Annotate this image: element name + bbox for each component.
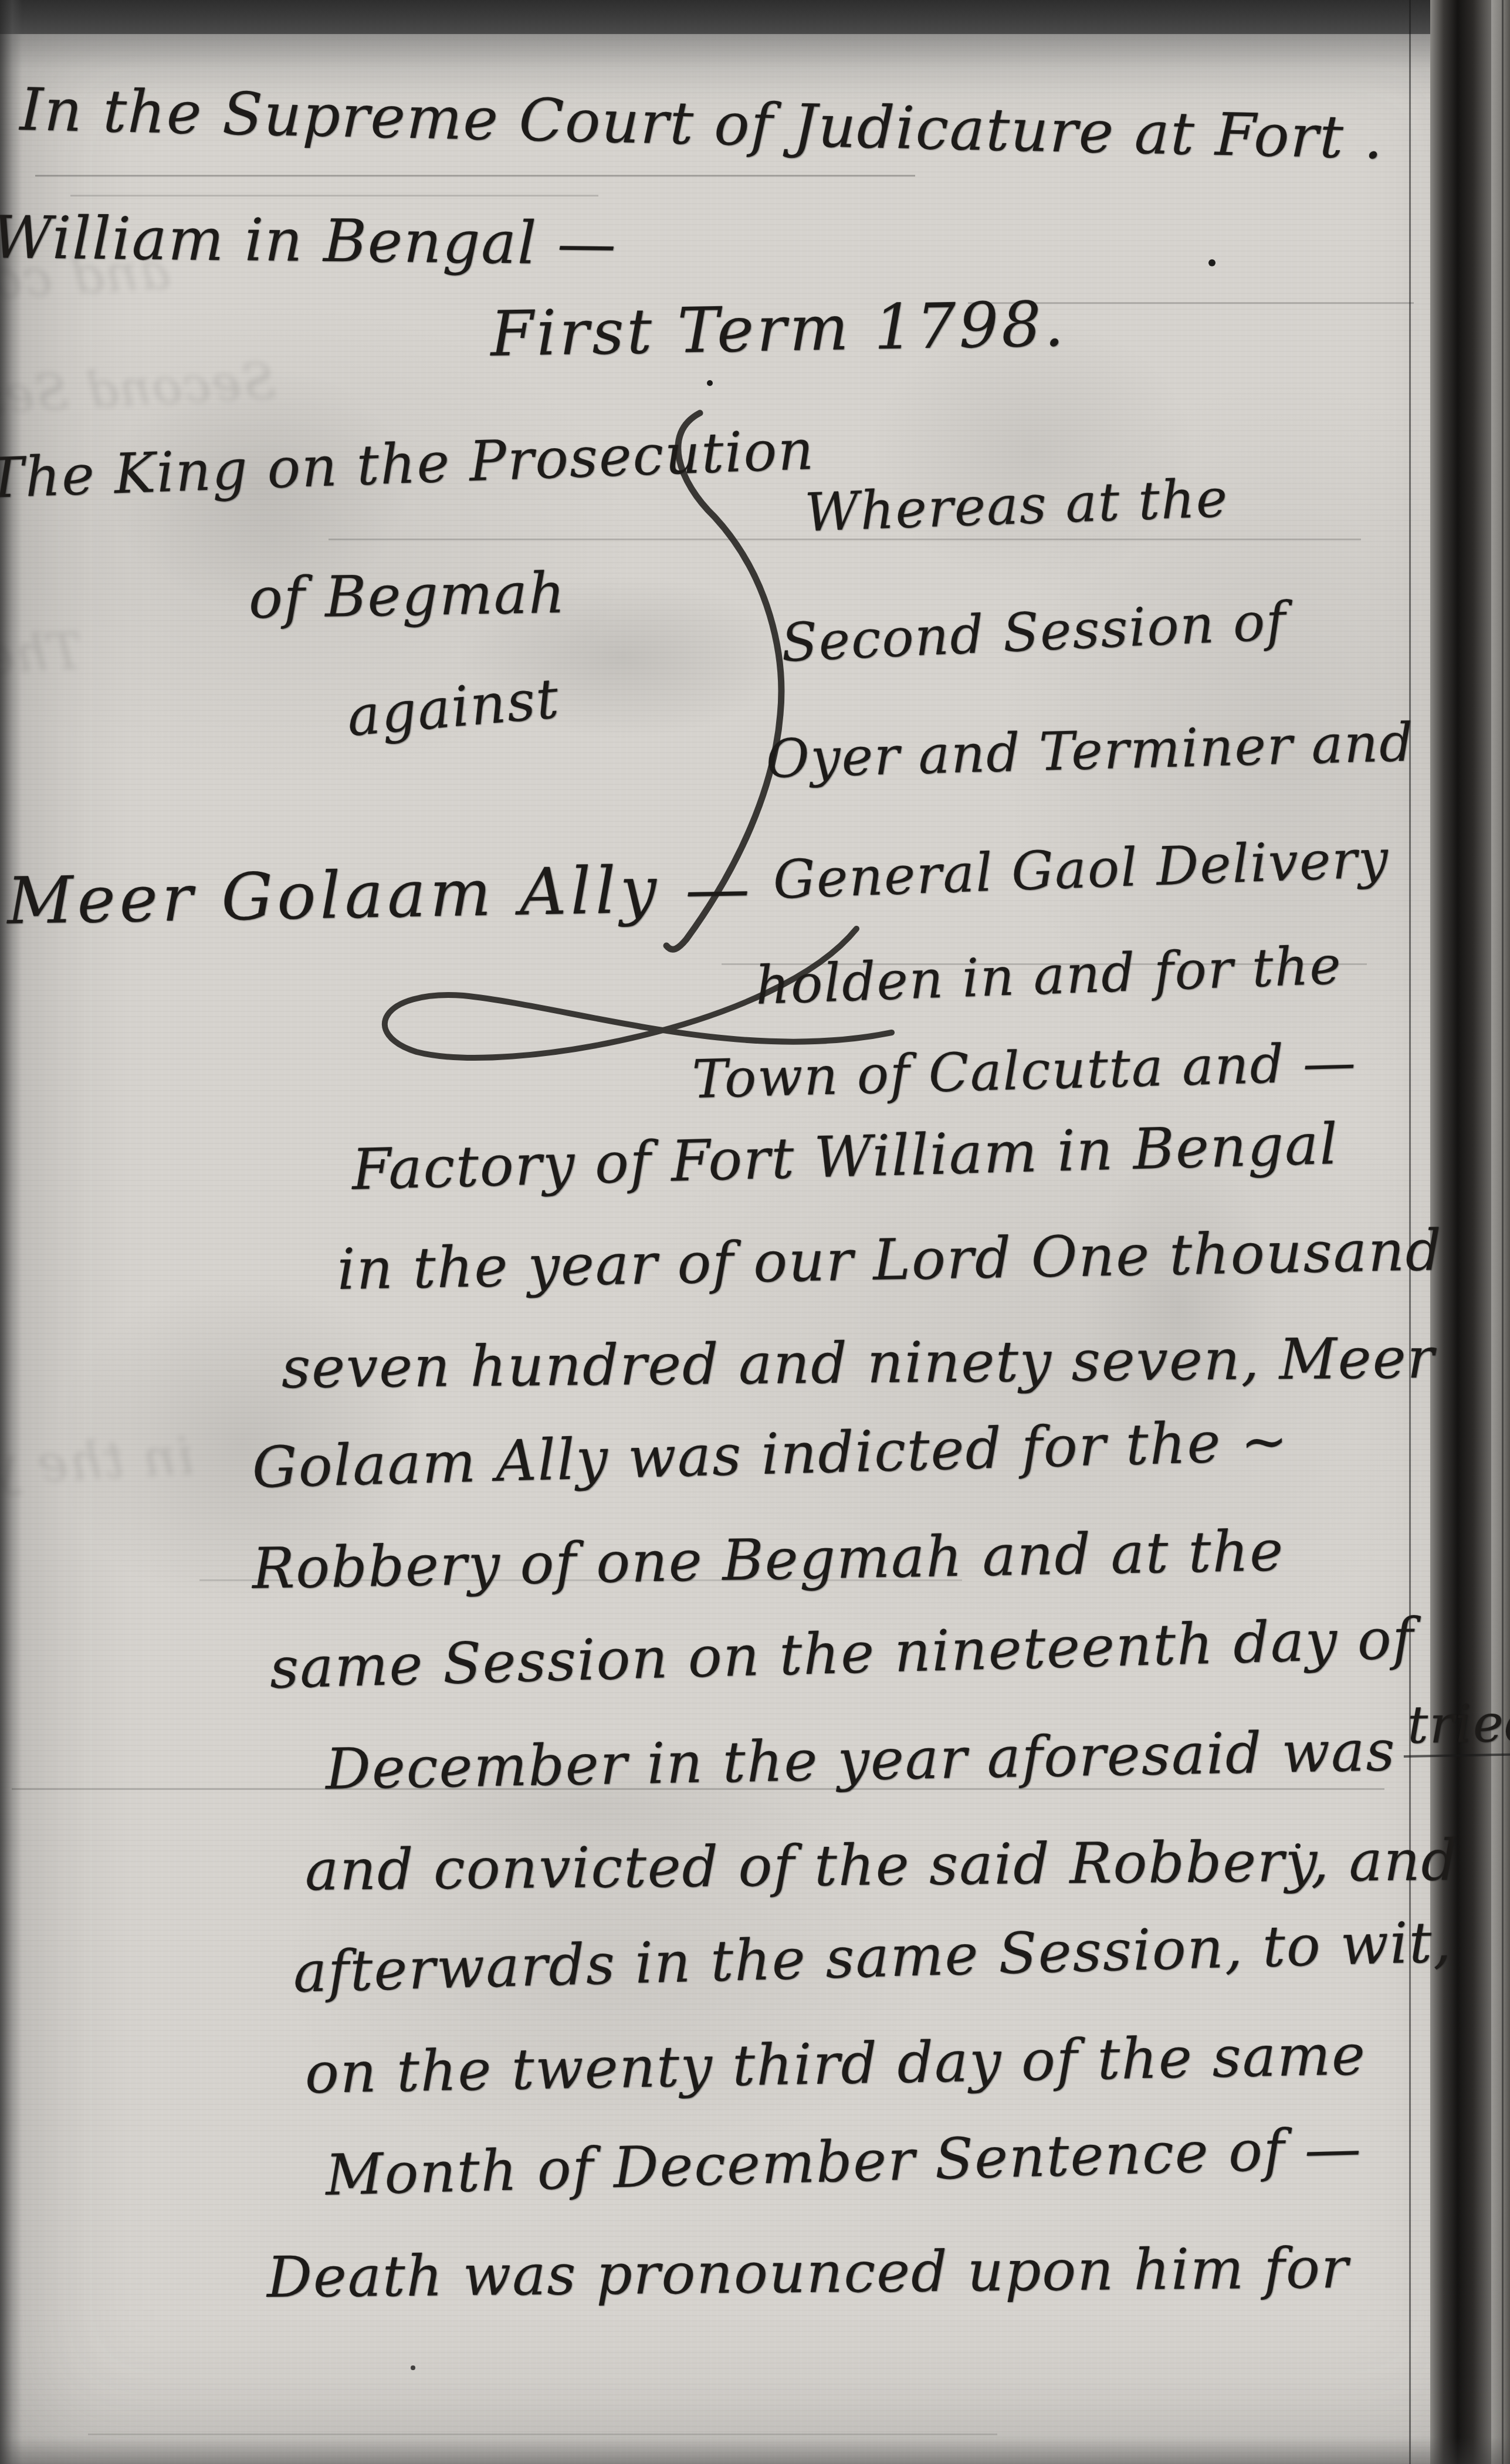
body-line-3: seven hundred and ninety seven, Meer xyxy=(282,1325,1435,1401)
recital-line-3: Oyer and Terminer and xyxy=(766,712,1415,790)
title-line-2: William in Bengal — xyxy=(0,203,617,278)
case-caption-line-3: against xyxy=(344,667,562,749)
recital-line-4: General Gaol Delivery xyxy=(772,828,1390,911)
page-right-hairline xyxy=(1502,0,1504,2464)
recital-line-2: Second Session of xyxy=(780,590,1288,674)
ink-speck xyxy=(707,380,713,386)
ruled-line xyxy=(70,195,598,197)
body-line-9: afterwards in the same Session, to wit, xyxy=(293,1909,1453,2005)
term-heading: First Term 1798. xyxy=(490,288,1067,370)
scan-bottom-shadow xyxy=(0,2437,1510,2464)
ruled-line xyxy=(35,175,915,177)
manuscript-page: and convicted of the said Robbery, and T… xyxy=(0,0,1510,2464)
body-line-6: same Session on the nineteenth day of xyxy=(269,1606,1416,1701)
page-right-edge xyxy=(1491,0,1510,2464)
body-line-12: Death was pronounced upon him for xyxy=(267,2235,1350,2310)
recital-line-1: Whereas at the xyxy=(804,468,1230,544)
body-line-5: Robbery of one Begmah and at the xyxy=(252,1518,1285,1602)
body-line-10: on the twenty third day of the same xyxy=(304,2022,1367,2106)
ink-speck xyxy=(411,2365,415,2370)
body-line-11: Month of December Sentence of — xyxy=(325,2116,1363,2208)
ruled-line xyxy=(88,2433,997,2435)
ink-speck xyxy=(1208,259,1216,266)
scan-top-edge xyxy=(0,0,1510,34)
case-caption-line-2: of Begmah xyxy=(248,560,567,631)
body-line-8: and convicted of the said Robbery, and xyxy=(305,1827,1459,1903)
inserted-word: tried xyxy=(1403,1693,1510,1758)
